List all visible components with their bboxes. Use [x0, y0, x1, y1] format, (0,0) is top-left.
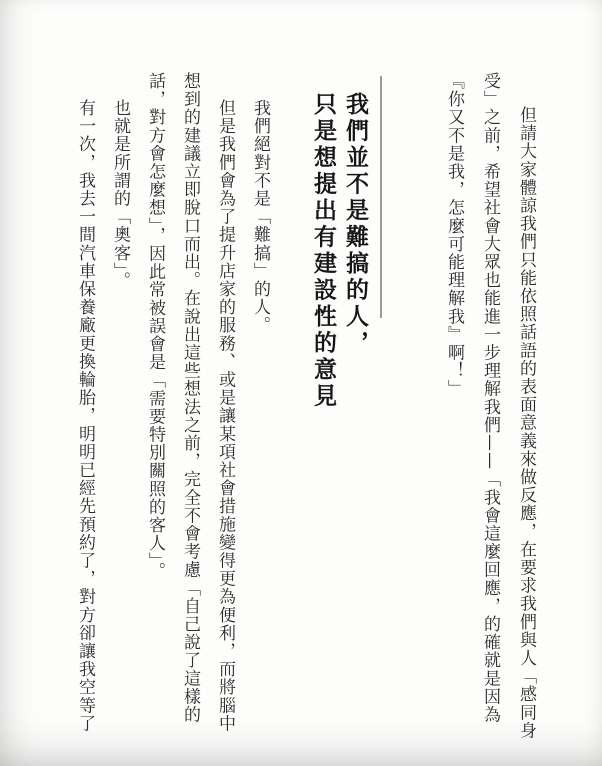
body-paragraph-2: 但是我們會為了提升店家的服務、或是讓某項社會措施變得更為便利，而將腦中想到的建議… [137, 72, 242, 740]
book-page: 但請大家體諒我們只能依照話語的表面意義來做反應，在要求我們與人「感同身受」之前，… [0, 0, 602, 766]
body-paragraph-1: 我們絕對不是「難搞」的人。 [242, 72, 277, 740]
section-title-line2: 只是想提出有建設性的意見 [307, 92, 339, 740]
section-title-line1: 我們並不是難搞的人， [339, 92, 371, 740]
body-paragraph-4: 有一次，我去一間汽車保養廠更換輪胎，明明已經先預約了，對方卻讓我空等了 [67, 72, 102, 740]
heading-rule [380, 76, 382, 318]
section-title: 我們並不是難搞的人， 只是想提出有建設性的意見 [307, 72, 371, 740]
vertical-text-content: 但請大家體諒我們只能依照話語的表面意義來做反應，在要求我們與人「感同身受」之前，… [67, 72, 544, 740]
body-paragraph-3: 也就是所謂的「奧客」。 [102, 72, 137, 740]
intro-paragraph: 但請大家體諒我們只能依照話語的表面意義來做反應，在要求我們與人「感同身受」之前，… [436, 72, 544, 740]
